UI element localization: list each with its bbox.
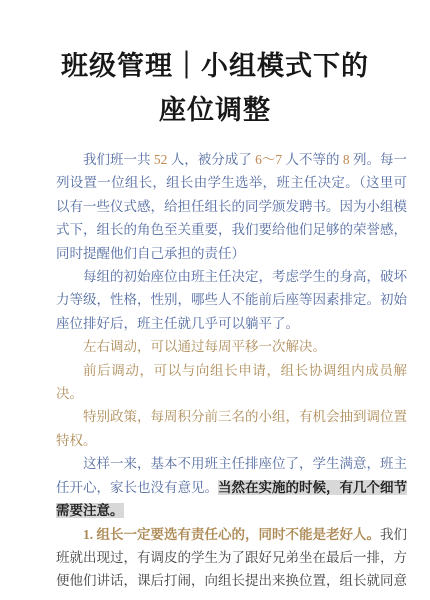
text-run: 前后调动，可以与向组长申请，组长协调组内成员解决。 — [56, 363, 407, 401]
text-run-number: 8 — [343, 152, 350, 167]
paragraph-initial-seating: 每组的初始座位由班主任决定，考虑学生的身高，破坏力等级，性格，性别，哪些人不能前… — [56, 265, 407, 335]
paragraph-detail-1: 1. 组长一定要选有责任心的，同时不能是老好人。我们班就出现过，有调皮的学生为了… — [56, 523, 407, 593]
text-run-number: 52 — [154, 152, 168, 167]
text-run: 人，被分成了 — [167, 152, 255, 167]
text-run: 左右调动，可以通过每周平移一次解决。 — [83, 339, 326, 354]
text-run: 特别政策，每周积分前三名的小组，有机会抽到调位置特权。 — [56, 409, 407, 447]
paragraph-front-back-moves: 前后调动，可以与向组长申请，组长协调组内成员解决。 — [56, 359, 407, 406]
article-title: 班级管理｜小组模式下的 座位调整 — [18, 0, 412, 132]
paragraph-special-policy: 特别政策，每周积分前三名的小组，有机会抽到调位置特权。 — [56, 405, 407, 452]
text-run-numbered-point: 1. 组长一定要选有责任心的，同时不能是老好人。 — [83, 527, 380, 542]
text-run: 人不等的 — [282, 152, 343, 167]
paragraph-class-intro: 我们班一共 52 人，被分成了 6～7 人不等的 8 列。每一列设置一位组长，组… — [56, 148, 407, 265]
text-run: 列。每一列设置一位组长，组长由学生选举，班主任决定。（这里可以有一些仪式感，给担… — [56, 152, 407, 261]
text-run-number: 6～7 — [255, 152, 282, 167]
paragraph-left-right-moves: 左右调动，可以通过每周平移一次解决。 — [56, 335, 407, 358]
article-title-line2: 座位调整 — [159, 95, 271, 125]
text-run: 我们班一共 — [83, 152, 154, 167]
document-page: 班级管理｜小组模式下的 座位调整 我们班一共 52 人，被分成了 6～7 人不等… — [0, 0, 430, 600]
article-body: 我们班一共 52 人，被分成了 6～7 人不等的 8 列。每一列设置一位组长，组… — [0, 148, 430, 593]
text-run: 每组的初始座位由班主任决定，考虑学生的身高，破坏力等级，性格，性别，哪些人不能前… — [56, 269, 407, 331]
paragraph-summary: 这样一来，基本不用班主任排座位了，学生满意，班主任开心，家长也没有意见。当然在实… — [56, 452, 407, 522]
article-title-line1: 班级管理｜小组模式下的 — [61, 51, 369, 81]
